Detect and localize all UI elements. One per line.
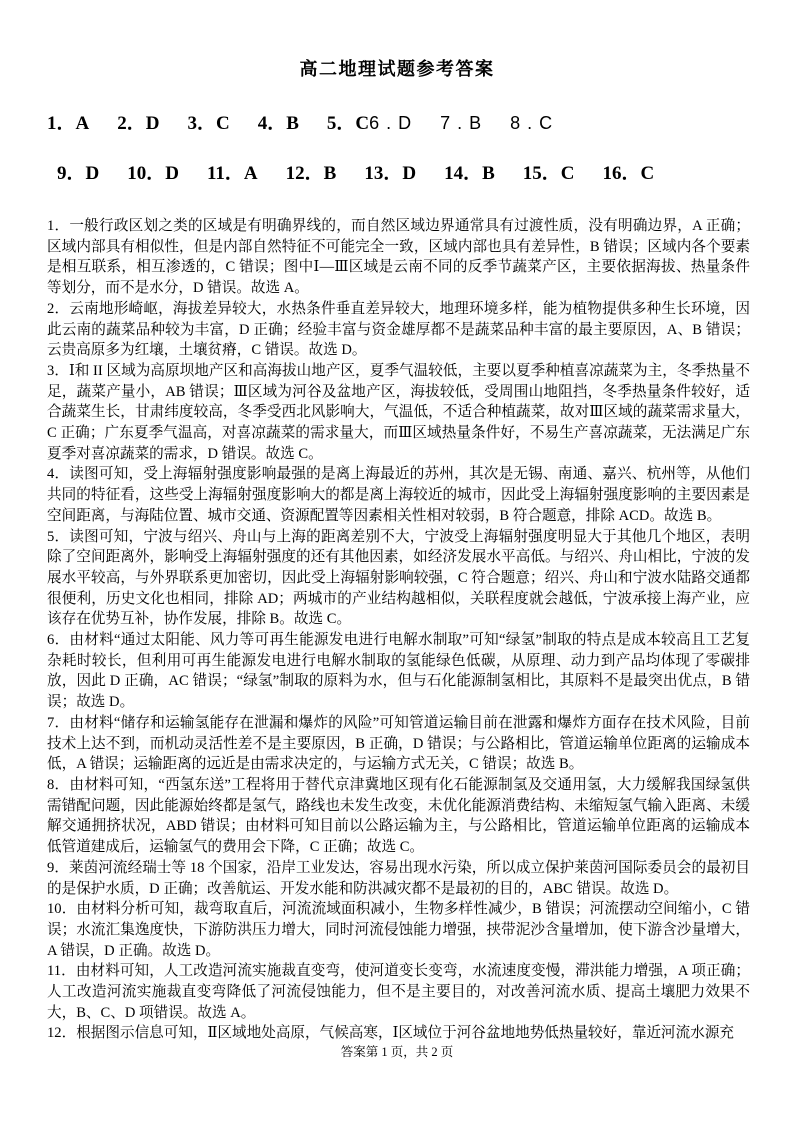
answer-row-2: 9．D10．D11．A12．B13．D14．B15．C16．C [57, 158, 754, 185]
answer-item: 12．B [286, 158, 337, 185]
answers-6-8: 6 . D7 . B8 . C [369, 113, 553, 134]
explanation-paragraph: 9．莱茵河流经瑞士等 18 个国家，沿岸工业发达，容易出现水污染，所以成立保护莱… [47, 858, 750, 899]
answers-9-16: 9．D10．D11．A12．B13．D14．B15．C16．C [57, 163, 654, 184]
page-title: 高二地理试题参考答案 [0, 0, 794, 81]
answer-item: 4．B [258, 108, 299, 135]
explanation-paragraph: 1．一般行政区划之类的区域是有明确界线的，而自然区域边界通常具有过渡性质，没有明… [47, 216, 750, 299]
answers-1-5: 1．A2．D3．C4．B5．C [47, 113, 369, 134]
answer-item: 9．D [57, 158, 99, 185]
explanation-paragraph: 2．云南地形崎岖，海拔差异较大，水热条件垂直差异较大，地理环境多样，能为植物提供… [47, 299, 750, 361]
answer-row-1: 1．A2．D3．C4．B5．C6 . D7 . B8 . C [47, 108, 754, 135]
explanations-section: 1．一般行政区划之类的区域是有明确界线的，而自然区域边界通常具有过渡性质，没有明… [47, 216, 750, 1044]
answer-item: 2．D [117, 108, 159, 135]
answer-item: 11．A [207, 158, 258, 185]
explanation-paragraph: 8．由材料可知，“西氢东送”工程将用于替代京津冀地区现有化石能源制氢及交通用氢，… [47, 775, 750, 858]
answer-item: 10．D [127, 158, 179, 185]
answer-item: 5．C [327, 108, 369, 135]
explanation-paragraph: 3．Ⅰ和 II 区域为高原坝地产区和高海拔山地产区，夏季气温较低，主要以夏季种植… [47, 361, 750, 465]
answer-item: 8 . C [510, 113, 553, 134]
explanation-paragraph: 11．由材料可知，人工改造河流实施裁直变弯，使河道变长变弯，水流速度变慢，滞洪能… [47, 961, 750, 1023]
explanation-paragraph: 5．读图可知，宁波与绍兴、舟山与上海的距离差别不大，宁波受上海辐射强度明显大于其… [47, 527, 750, 631]
explanation-paragraph: 6．由材料“通过太阳能、风力等可再生能源发电进行电解水制取”可知“绿氢”制取的特… [47, 630, 750, 713]
answer-item: 3．C [187, 108, 229, 135]
page-footer: 答案第 1 页，共 2 页 [0, 1042, 794, 1060]
answer-item: 7 . B [440, 113, 482, 134]
answer-item: 13．D [364, 158, 416, 185]
answer-item: 15．C [523, 158, 575, 185]
answer-item: 16．C [603, 158, 655, 185]
answer-item: 14．B [444, 158, 495, 185]
answer-item: 1．A [47, 108, 89, 135]
explanation-paragraph: 4．读图可知，受上海辐射强度影响最强的是离上海最近的苏州，其次是无锡、南通、嘉兴… [47, 464, 750, 526]
explanation-paragraph: 7．由材料“储存和运输氢能存在泄漏和爆炸的风险”可知管道运输目前在泄露和爆炸方面… [47, 713, 750, 775]
answer-item: 6 . D [369, 113, 412, 134]
explanation-paragraph: 10．由材料分析可知，裁弯取直后，河流流域面积减小，生物多样性减少，B 错误；河… [47, 899, 750, 961]
answer-sheet-page: 高二地理试题参考答案 1．A2．D3．C4．B5．C6 . D7 . B8 . … [0, 0, 794, 1123]
